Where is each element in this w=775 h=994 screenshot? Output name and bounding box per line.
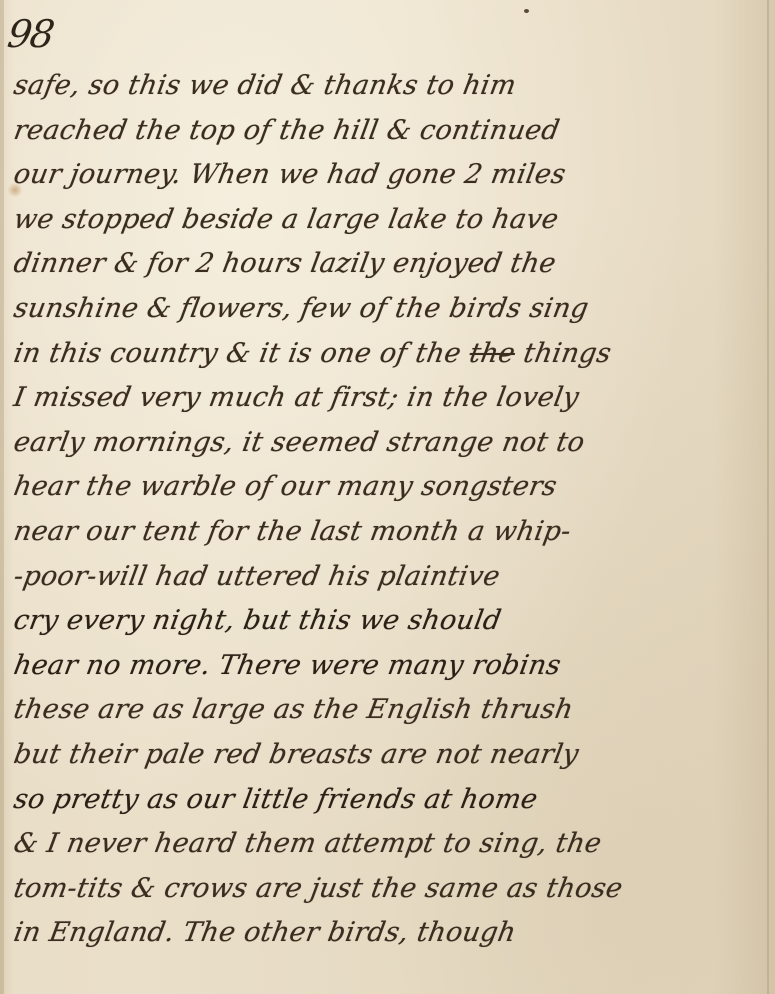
text-line: hear the warble of our many songsters (10, 465, 773, 510)
text-line: in England. The other birds, though (10, 911, 773, 956)
text-line: & I never heard them attempt to sing, th… (10, 822, 773, 867)
text-line-with-strikethrough: in this country & it is one of the the t… (10, 332, 773, 377)
text-line: so pretty as our little friends at home (10, 778, 773, 823)
ink-blot (524, 9, 529, 13)
text-line: cry every night, but this we should (10, 599, 773, 644)
text-line: -poor-will had uttered his plaintive (10, 555, 773, 600)
journal-page: 98 safe, so this we did & thanks to him … (0, 0, 775, 994)
text-line: near our tent for the last month a whip- (10, 510, 773, 555)
line-text: in this country & it is one of the the t… (11, 338, 613, 369)
text-line: hear no more. There were many robins (10, 644, 773, 689)
text-line: but their pale red breasts are not nearl… (10, 733, 773, 778)
text-line: I missed very much at first; in the love… (10, 376, 773, 421)
text-line: these are as large as the English thrush (10, 688, 773, 733)
text-line: safe, so this we did & thanks to him (10, 64, 773, 109)
struck-through-word: the (467, 338, 518, 369)
text-line: dinner & for 2 hours lazily enjoyed the (10, 242, 773, 287)
text-line: sunshine & flowers, few of the birds sin… (10, 287, 773, 332)
text-line: we stopped beside a large lake to have (10, 198, 773, 243)
text-line: early mornings, it seemed strange not to (10, 421, 773, 466)
page-number: 98 (5, 12, 56, 56)
text-line: reached the top of the hill & continued (10, 109, 773, 154)
binding-edge (0, 0, 4, 994)
handwritten-text: safe, so this we did & thanks to him rea… (10, 64, 765, 956)
text-line: our journey. When we had gone 2 miles (10, 153, 773, 198)
text-line: tom-tits & crows are just the same as th… (10, 867, 773, 912)
